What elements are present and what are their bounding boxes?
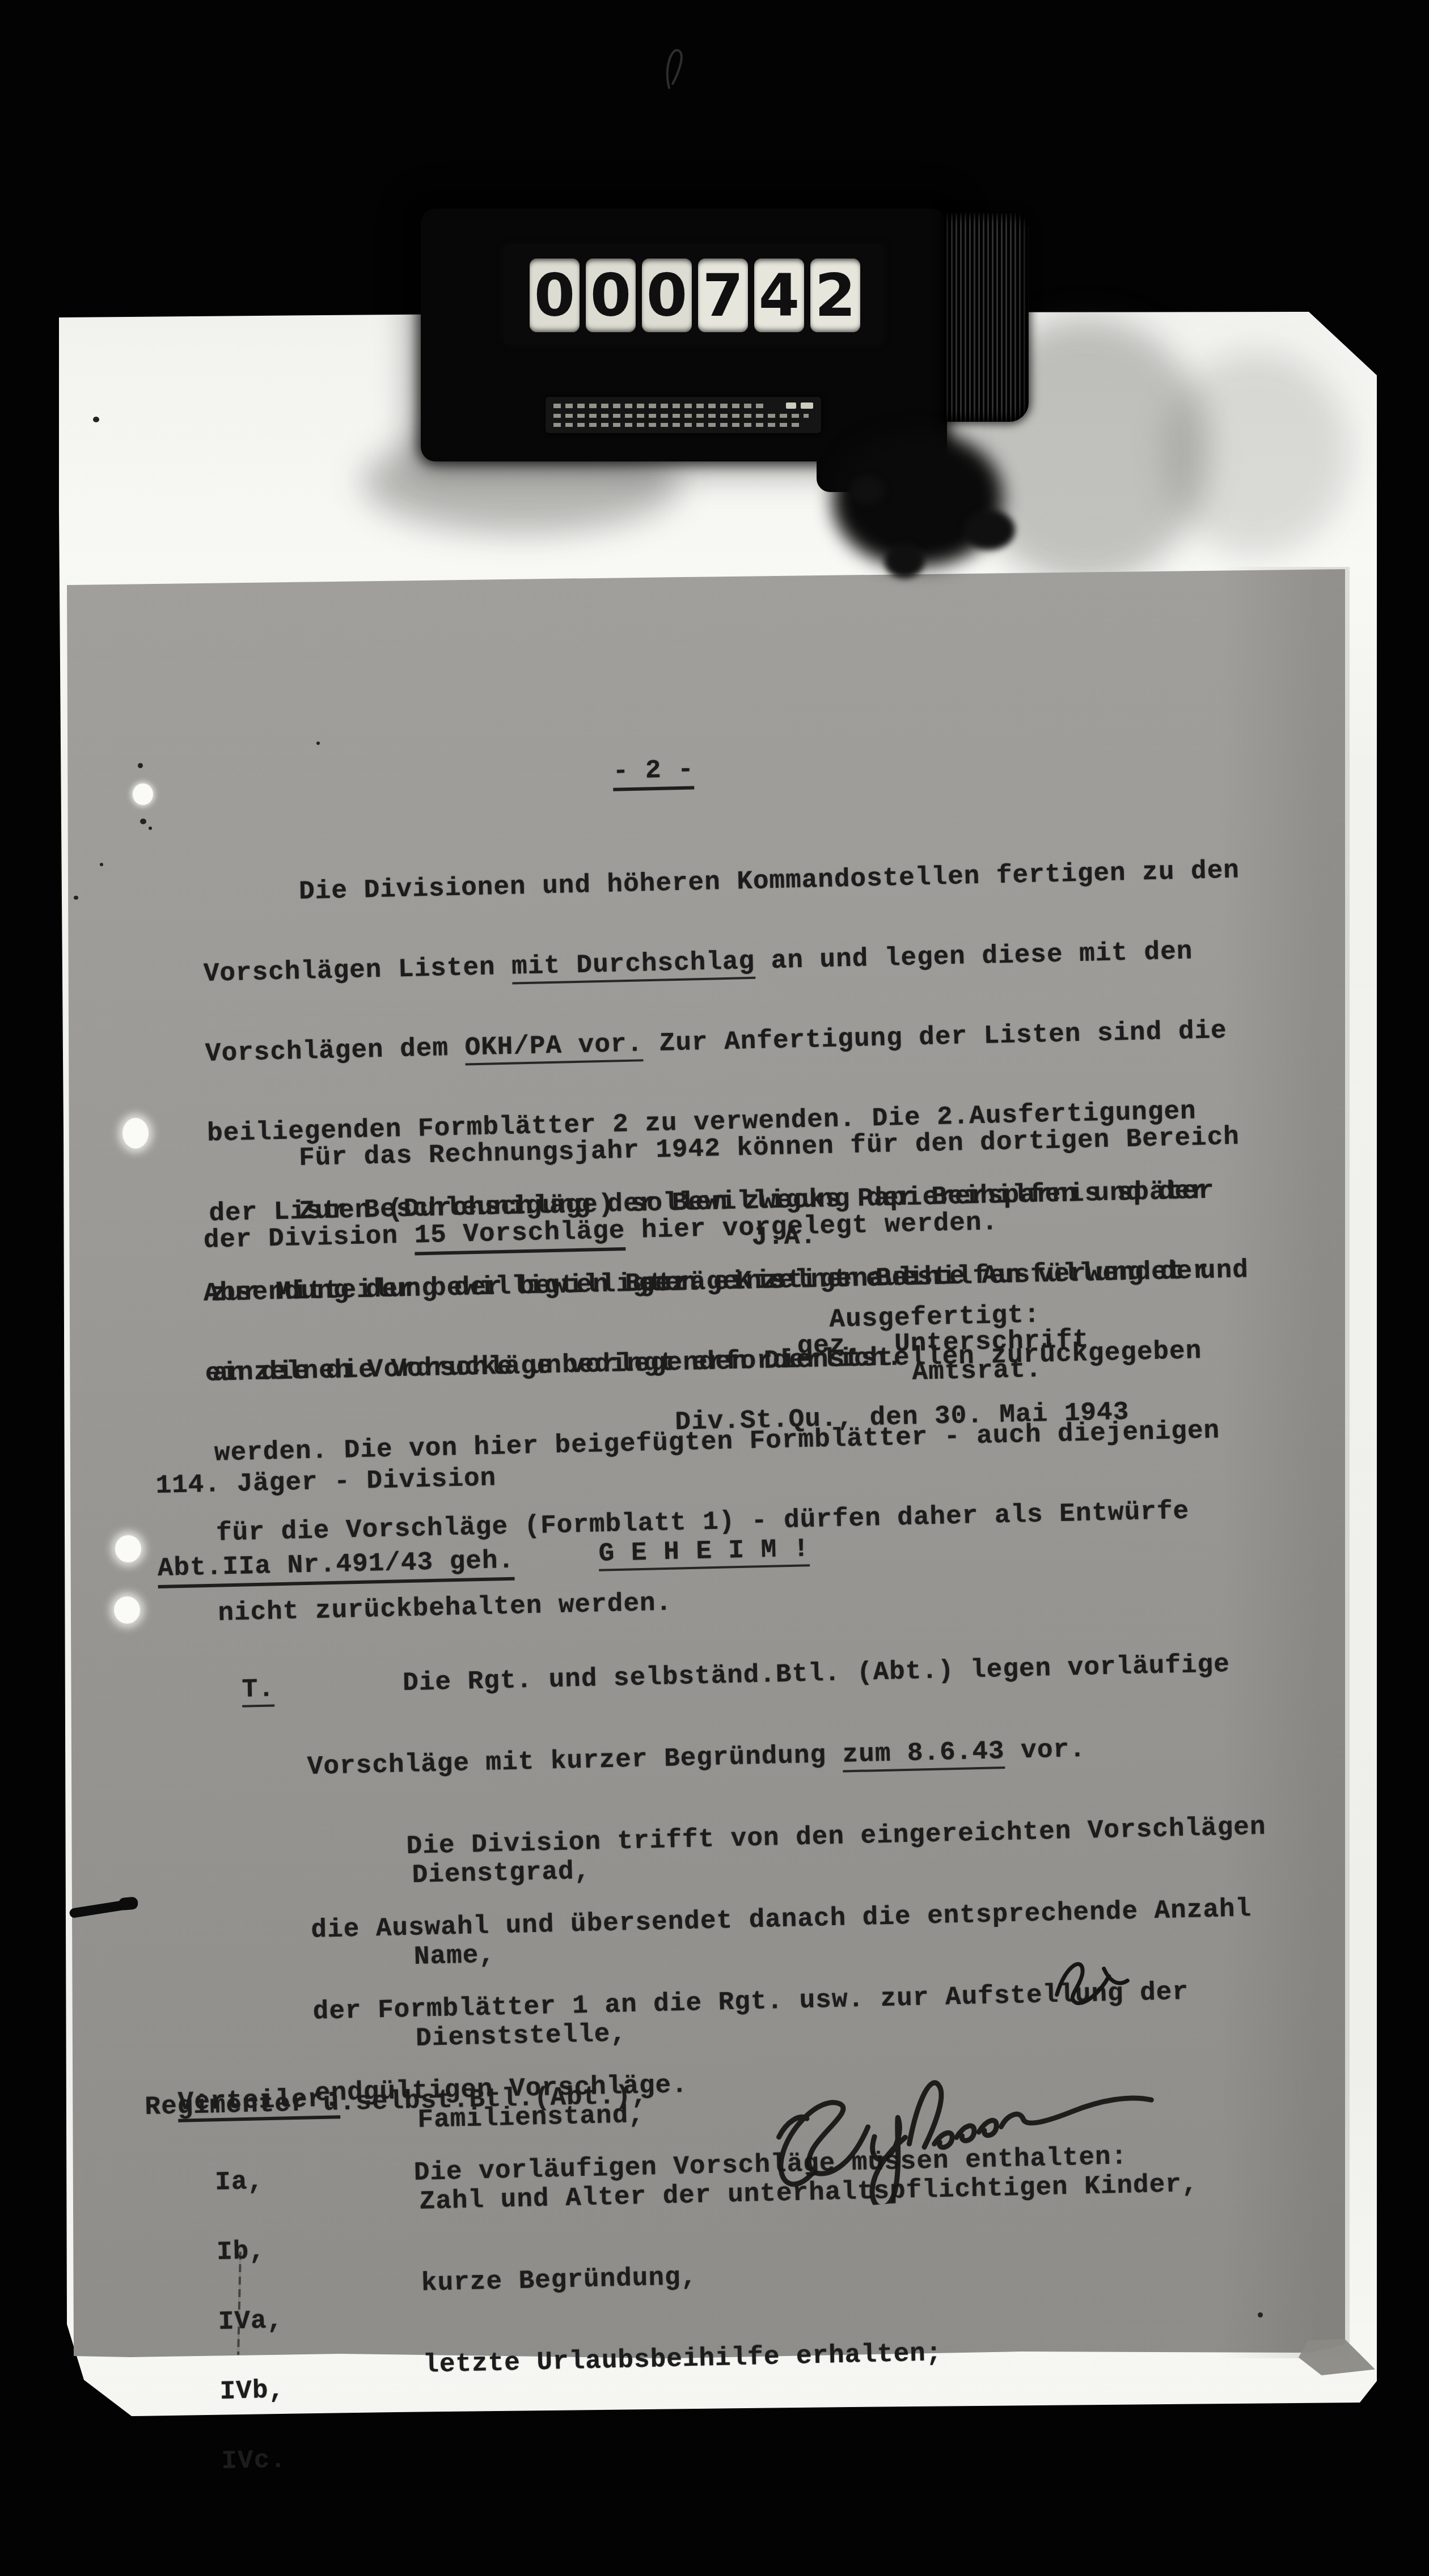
counter-digit: 0 (530, 259, 580, 332)
device-shadow-far-right (1162, 351, 1350, 556)
signoff-unterschrift: gez. Unterschrift (797, 1327, 1089, 1360)
device-label-plate (546, 397, 821, 433)
smudge-speck (964, 510, 1015, 550)
text-line: Vorschläge mit kurzer Begründung zum 8.6… (307, 1732, 1264, 1781)
counter-digit: 2 (810, 259, 860, 332)
scanned-archive-photo: { "counter": { "digits": ["0","0","0","7… (0, 0, 1429, 2576)
counter-digits: 0 0 0 7 4 2 (530, 259, 870, 332)
list-item: IVc. (221, 2448, 286, 2473)
t-marker: T. (209, 1649, 275, 1704)
speck (316, 742, 320, 745)
text-line: Die Divisionen und höheren Kommandostell… (201, 857, 1240, 908)
underlined-phrase: mit Durchschlag (511, 947, 755, 985)
geheim-stamp: G E H E I M ! (565, 1509, 810, 1568)
smudge-speck (885, 544, 924, 578)
scratch-mark (652, 34, 697, 96)
counter-digit: 4 (754, 259, 804, 332)
speck (100, 863, 103, 866)
verteiler-items: Ia, Ib, IVa, IVb, IVc. (214, 2123, 287, 2496)
list-item: kurze Begründung, (421, 2252, 1200, 2297)
list-item: Ib, (217, 2239, 282, 2264)
paper-fleck (133, 783, 153, 805)
speck (1258, 2312, 1263, 2317)
speck (149, 827, 152, 830)
speck (93, 417, 99, 422)
smudge-speck (851, 476, 885, 505)
signoff-amtsrat: Amtsrat. (912, 1357, 1042, 1386)
label-chip (786, 402, 796, 409)
list-item: Ia, (215, 2170, 280, 2194)
underlined-phrase: OKH/PA vor. (464, 1029, 644, 1065)
punch-hole (115, 1535, 141, 1562)
signoff-keitel: gez. K e i t e l . (639, 1264, 947, 1298)
speck (74, 896, 78, 900)
list-item: Dienstgrad, (412, 1844, 1191, 1889)
list-item: IVb, (219, 2379, 285, 2404)
page-number: - 2 - (580, 730, 694, 786)
speck (140, 819, 146, 824)
signoff-ja: J.A. (751, 1223, 817, 1251)
punch-hole (114, 1596, 140, 1624)
signature-eglseer (747, 1997, 1181, 2214)
unit-line2: Abt.IIa Nr.491/43 geh. (157, 1548, 514, 1582)
text-line: Zur Beschleunigung der Bewilligung der B… (201, 1178, 1207, 1227)
unit-line1: 114. Jäger - Division (155, 1465, 513, 1499)
unit-designation: 114. Jäger - Division Abt.IIa Nr.491/43 … (154, 1412, 515, 1609)
counter-knurled-knob (944, 213, 1029, 422)
underlined-phrase: zum 8.6.43 (842, 1736, 1005, 1772)
page-number-text: - 2 - (612, 755, 694, 791)
label-chip (801, 402, 813, 409)
counter-digit: 7 (698, 259, 748, 332)
counter-digit: 0 (642, 259, 692, 332)
list-item: letzte Urlaubsbeihilfe erhalten; (423, 2334, 1202, 2379)
text-line: Vorschlägen dem OKH/PA vor. Zur Anfertig… (205, 1017, 1244, 1067)
text-line: Die Rgt. und selbständ.Btl. (Abt.) legen… (305, 1650, 1262, 1699)
geheim-text: G E H E I M ! (598, 1534, 810, 1571)
speck (138, 763, 143, 768)
list-item: IVa, (218, 2309, 283, 2334)
counter-digit: 0 (586, 259, 636, 332)
text-line: Vorschlägen Listen mit Durchschlag an un… (203, 937, 1241, 988)
punch-hole (122, 1118, 149, 1149)
